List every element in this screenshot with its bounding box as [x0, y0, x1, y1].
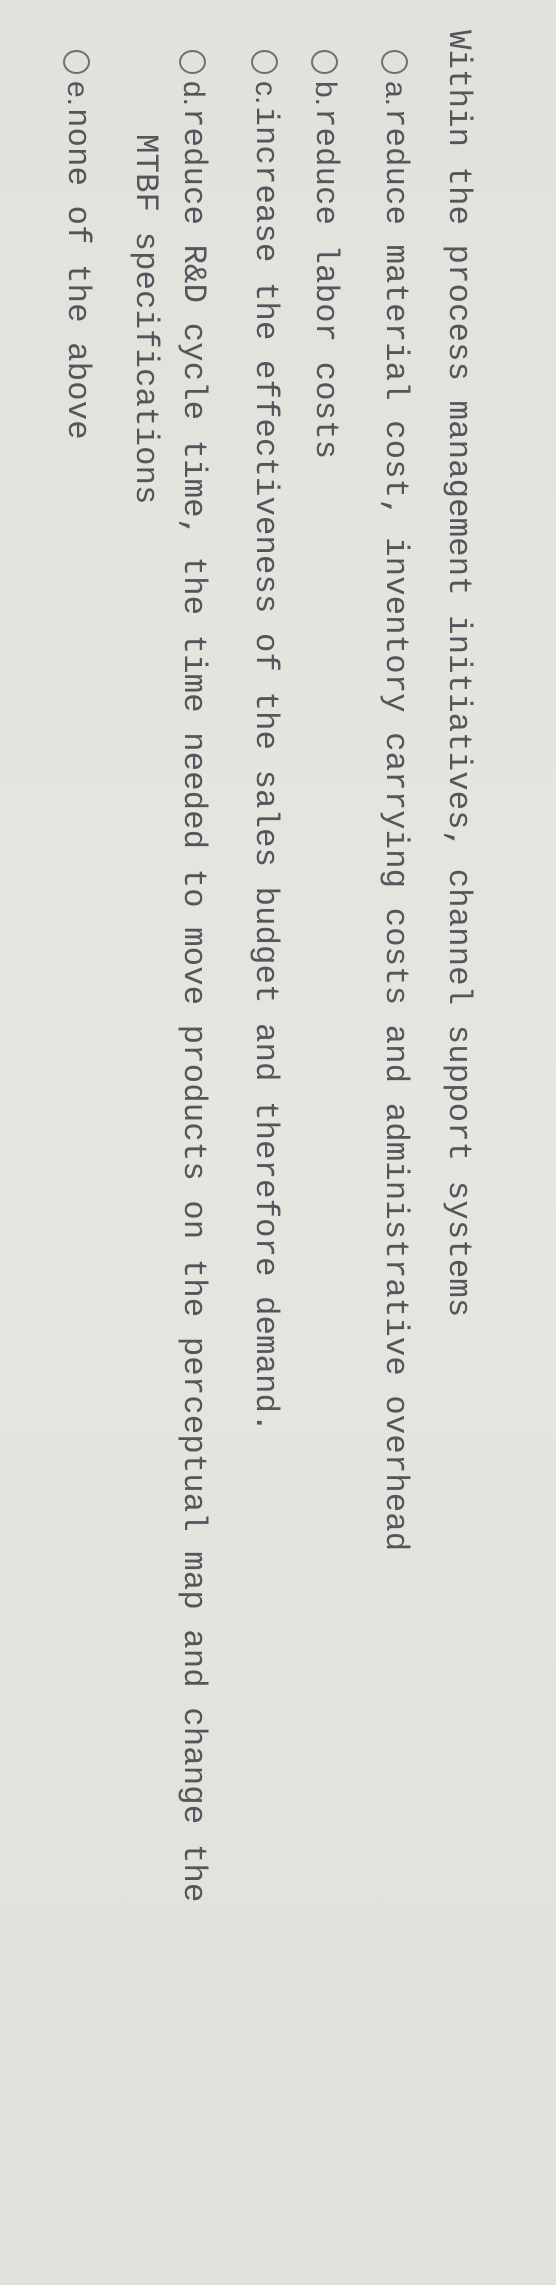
option-text: reduce R&D cycle time, the time needed t…	[175, 108, 211, 1902]
option-letter: a.	[377, 81, 413, 106]
radio-empty-icon[interactable]	[312, 50, 339, 74]
question-text: Within the process management initiative…	[440, 30, 476, 1317]
radio-empty-icon[interactable]	[64, 50, 91, 74]
option-d-continuation: MTBF specifications	[127, 134, 163, 505]
option-letter: c.	[247, 81, 283, 104]
option-letter: e.	[59, 81, 95, 106]
option-text: reduce material cost, inventory carrying…	[377, 108, 413, 1551]
option-text: none of the above	[59, 108, 95, 440]
radio-empty-icon[interactable]	[382, 50, 409, 74]
rotated-quiz-page: Within the process management initiative…	[0, 0, 556, 2285]
radio-empty-icon[interactable]	[180, 50, 207, 74]
option-e[interactable]: e. none of the above	[59, 50, 95, 440]
option-d[interactable]: d. reduce R&D cycle time, the time neede…	[175, 50, 211, 1902]
option-letter: b.	[307, 81, 343, 106]
option-text: reduce labor costs	[307, 108, 343, 459]
option-b[interactable]: b. reduce labor costs	[307, 50, 343, 459]
option-text: increase the effectiveness of the sales …	[247, 106, 283, 1432]
option-a[interactable]: a. reduce material cost, inventory carry…	[377, 50, 413, 1551]
option-c[interactable]: c. increase the effectiveness of the sal…	[247, 50, 283, 1433]
option-letter: d.	[175, 81, 211, 106]
radio-empty-icon[interactable]	[252, 50, 279, 74]
